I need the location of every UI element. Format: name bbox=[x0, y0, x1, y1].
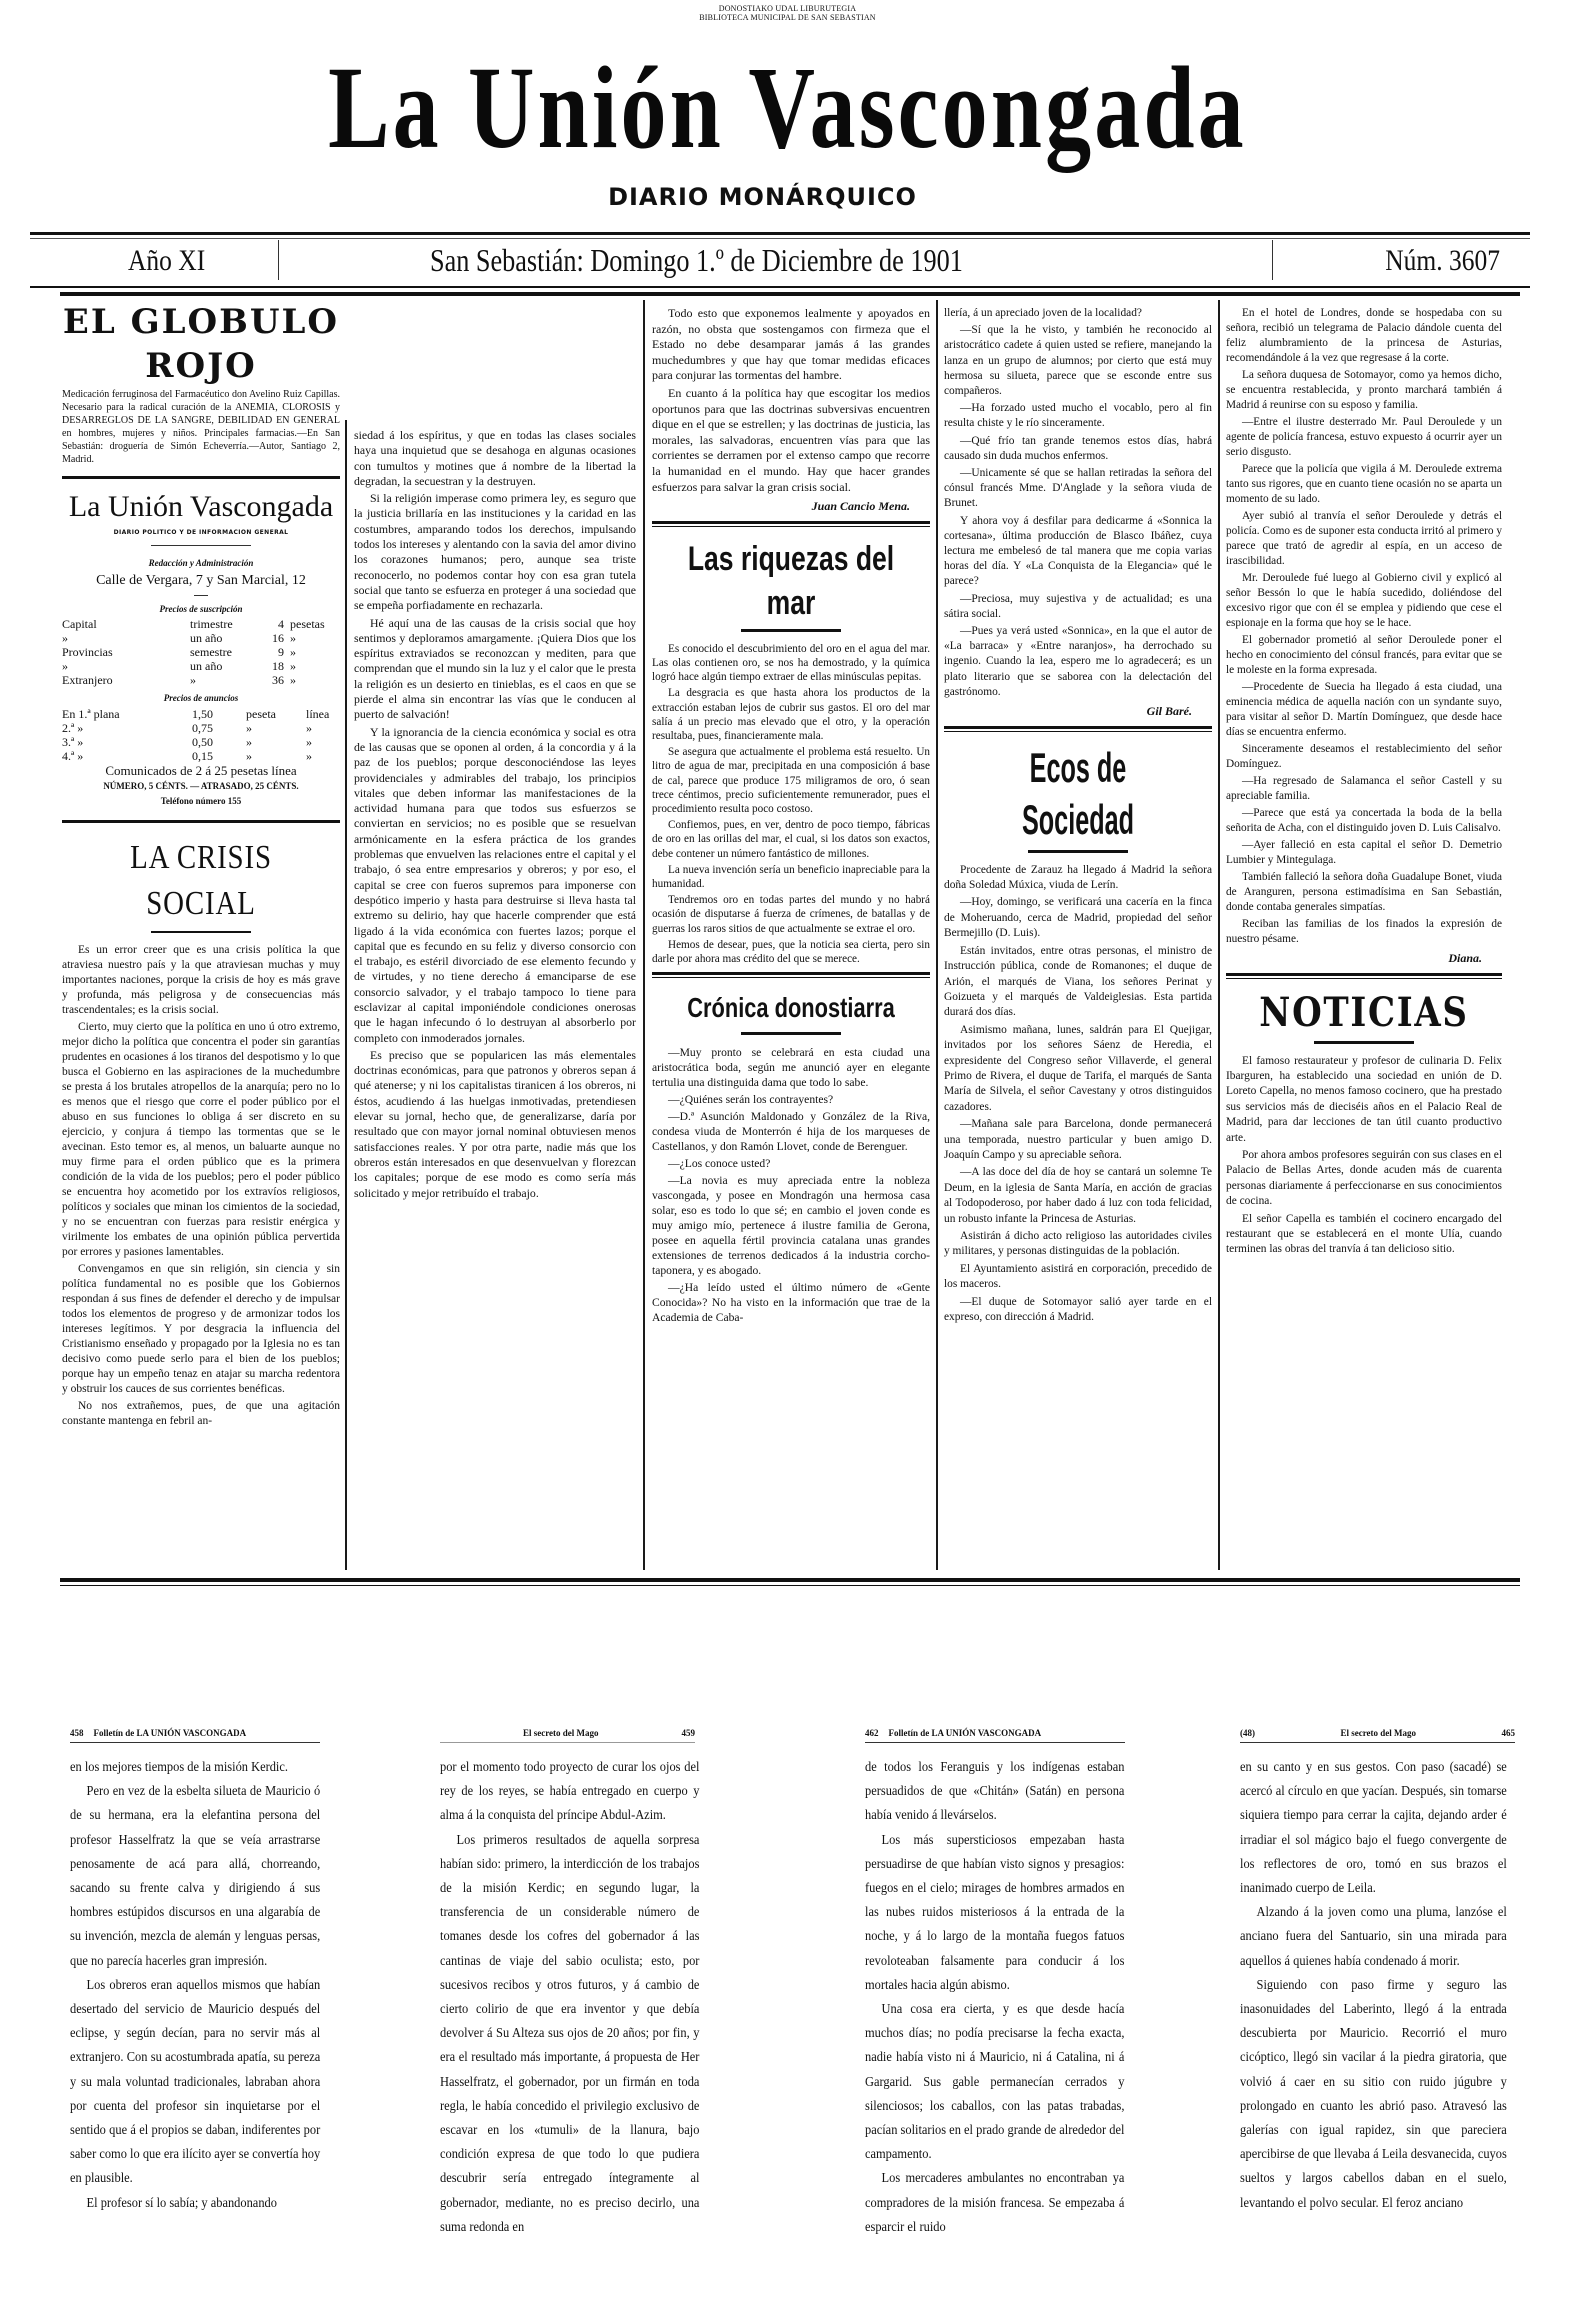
ad-price-row: En 1.ª plana1,50pesetalínea bbox=[62, 707, 340, 721]
paragraph: No nos extrañemos, pues, de que una agit… bbox=[62, 1399, 340, 1429]
cronica-title: Crónica donostiarra bbox=[683, 988, 900, 1028]
ecos-heading: Ecos de Sociedad bbox=[944, 742, 1212, 853]
column-divider bbox=[1218, 300, 1220, 1570]
paragraph: Es preciso que se popularicen las más el… bbox=[354, 1048, 636, 1201]
column-divider bbox=[643, 300, 645, 1570]
folletin-header: (48) El secreto del Mago 465 bbox=[1240, 1728, 1515, 1743]
ad-price-row: 4.ª »0,15»» bbox=[62, 749, 340, 763]
dateline-divider bbox=[278, 240, 279, 280]
author-signature: Diana. bbox=[1226, 951, 1502, 967]
paragraph: El famoso restaurateur y profesor de cul… bbox=[1226, 1054, 1502, 1146]
folletin-column-2: por el momento todo proyecto de curar lo… bbox=[440, 1755, 699, 2239]
title-underline bbox=[1028, 850, 1128, 853]
paragraph: —La novia es muy apreciada entre la nobl… bbox=[652, 1173, 930, 1278]
column-3: Todo esto que exponemos lealmente y apoy… bbox=[652, 306, 930, 1327]
paragraph: Se asegura que actualmente el problema e… bbox=[652, 745, 930, 816]
paragraph: —Pues ya verá usted «Sonnica», en la que… bbox=[944, 624, 1212, 700]
section-rule bbox=[1226, 973, 1502, 979]
paragraph: En el hotel de Londres, donde se hospeda… bbox=[1226, 306, 1502, 366]
globulo-rojo-body: Medicación ferruginosa del Farmacéutico … bbox=[62, 388, 340, 466]
ecos-continuation: En el hotel de Londres, donde se hospeda… bbox=[1226, 306, 1502, 947]
globulo-rojo-title: EL GLOBULO ROJO bbox=[62, 300, 340, 388]
folletin-header-title: El secreto del Mago bbox=[440, 1728, 682, 1738]
folletin-page-number: 458 bbox=[70, 1728, 84, 1738]
paragraph: Es conocido el descubrimiento del oro en… bbox=[652, 642, 930, 685]
author-signature: Gil Baré. bbox=[944, 704, 1212, 720]
subscription-row: Provinciassemestre9» bbox=[62, 645, 340, 659]
paragraph: Cierto, muy cierto que la política en un… bbox=[62, 1020, 340, 1260]
paragraph: Hé aquí una de las causas de la crisis s… bbox=[354, 616, 636, 723]
crisis-social-title: LA CRISIS SOCIAL bbox=[83, 835, 319, 927]
dateline-divider bbox=[1272, 240, 1273, 280]
paragraph: Mr. Deroulede fué luego al Gobierno civi… bbox=[1226, 571, 1502, 631]
subscription-row: Capitaltrimestre4pesetas bbox=[62, 617, 340, 631]
paragraph: —Entre el ilustre desterrado Mr. Paul De… bbox=[1226, 415, 1502, 460]
page-bottom-rule-thin bbox=[60, 1585, 1520, 1586]
paragraph: —¿Ha leído usted el último número de «Ge… bbox=[652, 1280, 930, 1325]
dateline-rule bbox=[30, 286, 1530, 288]
folletin-header: 458 Folletín de LA UNIÓN VASCONGADA bbox=[70, 1728, 320, 1743]
cronica-continuation: llería, á un apreciado joven de la local… bbox=[944, 306, 1212, 700]
section-rule bbox=[652, 521, 930, 527]
subscription-box: La Unión Vascongada DIARIO POLITICO Y DE… bbox=[62, 479, 340, 810]
noticias-heading: NOTICIAS bbox=[1226, 989, 1502, 1044]
paragraph: El señor Capella es también el cocinero … bbox=[1226, 1212, 1502, 1258]
folletin-page-number: 459 bbox=[682, 1728, 696, 1738]
subscription-label: Precios de suscripción bbox=[62, 602, 340, 618]
paragraph: Procedente de Zarauz ha llegado á Madrid… bbox=[944, 863, 1212, 894]
issue-date: San Sebastián: Domingo 1.º de Diciembre … bbox=[430, 242, 963, 279]
paragraph: —Preciosa, muy sujestiva y de actualidad… bbox=[944, 592, 1212, 622]
paragraph: Si la religión imperase como primera ley… bbox=[354, 491, 636, 613]
box-tagline: DIARIO POLITICO Y DE INFORMACION GENERAL bbox=[62, 525, 340, 541]
issue-price: NÚMERO, 5 CÉNTS. — ATRASADO, 25 CÉNTS. bbox=[62, 779, 340, 795]
paragraph: La nueva invención sería un beneficio in… bbox=[652, 863, 930, 891]
office-address: Calle de Vergara, 7 y San Marcial, 12 bbox=[62, 573, 340, 589]
comunicados-price: Comunicados de 2 á 25 pesetas línea bbox=[62, 763, 340, 779]
ads-label: Precios de anuncios bbox=[62, 691, 340, 707]
section-rule bbox=[62, 476, 340, 479]
riquezas-body: Es conocido el descubrimiento del oro en… bbox=[652, 642, 930, 966]
title-underline bbox=[1314, 1041, 1414, 1044]
folletin-column-4: en su canto y en sus gestos. Con paso (s… bbox=[1240, 1755, 1507, 2215]
folletin-page-number: 462 bbox=[865, 1728, 879, 1738]
paragraph: Es un error creer que es una crisis polí… bbox=[62, 943, 340, 1018]
ad-price-row: 2.ª »0,75»» bbox=[62, 721, 340, 735]
masthead-subtitle: DIARIO MONÁRQUICO bbox=[0, 183, 1550, 211]
paragraph: Están invitados, entre otras personas, e… bbox=[944, 944, 1212, 1021]
paragraph: Los más supersticiosos empezaban hasta p… bbox=[865, 1828, 1124, 1997]
paragraph: —Hoy, domingo, se verificará una cacería… bbox=[944, 895, 1212, 941]
paragraph: Asimismo mañana, lunes, saldrán para El … bbox=[944, 1023, 1212, 1115]
paragraph: Y la ignorancia de la ciencia económica … bbox=[354, 725, 636, 1046]
paragraph: El profesor sí lo sabía; y abandonando bbox=[70, 2191, 320, 2215]
subscription-row: Extranjero»36» bbox=[62, 673, 340, 687]
paragraph: —A las doce del día de hoy se cantará un… bbox=[944, 1165, 1212, 1227]
subscription-row: »un año16» bbox=[62, 631, 340, 645]
office-label: Redacción y Administración bbox=[62, 556, 340, 572]
riquezas-title: Las riquezas del mar bbox=[683, 537, 900, 625]
column-5: En el hotel de Londres, donde se hospeda… bbox=[1226, 306, 1502, 1260]
paragraph: siedad á los espíritus, y que en todas l… bbox=[354, 428, 636, 489]
paragraph: Reciban las familias de los finados la e… bbox=[1226, 917, 1502, 947]
telephone: Teléfono número 155 bbox=[62, 794, 340, 810]
paragraph: La señora duquesa de Sotomayor, como ya … bbox=[1226, 368, 1502, 413]
paragraph: Convengamos en que sin religión, sin cie… bbox=[62, 1262, 340, 1397]
column-1: EL GLOBULO ROJO Medicación ferruginosa d… bbox=[62, 300, 340, 1431]
globulo-rojo-ad: EL GLOBULO ROJO Medicación ferruginosa d… bbox=[62, 300, 340, 466]
paragraph: de todos los Feranguis y los indígenas e… bbox=[865, 1755, 1124, 1828]
dateline-rule-thick bbox=[60, 292, 1520, 296]
dateline: Año XI San Sebastián: Domingo 1.º de Dic… bbox=[60, 236, 1520, 286]
ad-price-row: 3.ª »0,50»» bbox=[62, 735, 340, 749]
folletin-header: 462 Folletín de LA UNIÓN VASCONGADA bbox=[865, 1728, 1125, 1743]
issue-year: Año XI bbox=[128, 244, 205, 278]
paragraph: La desgracia es que hasta ahora los prod… bbox=[652, 686, 930, 743]
author-signature: Juan Cancio Mena. bbox=[652, 499, 930, 515]
noticias-body: El famoso restaurateur y profesor de cul… bbox=[1226, 1054, 1502, 1258]
paragraph: Siguiendo con paso firme y seguro las in… bbox=[1240, 1973, 1507, 2215]
paragraph: En cuanto á la política hay que escogita… bbox=[652, 386, 930, 495]
paragraph: en su canto y en sus gestos. Con paso (s… bbox=[1240, 1755, 1507, 1900]
paragraph: Los mercaderes ambulantes no encontraban… bbox=[865, 2166, 1124, 2239]
cronica-body: —Muy pronto se celebrará en esta ciudad … bbox=[652, 1045, 930, 1325]
paragraph: —Unicamente sé que se hallan retiradas l… bbox=[944, 466, 1212, 512]
paragraph: —El duque de Sotomayor salió ayer tarde … bbox=[944, 1295, 1212, 1326]
paragraph: en los mejores tiempos de la misión Kerd… bbox=[70, 1755, 320, 1779]
paragraph: —Qué frío tan grande tenemos estos días,… bbox=[944, 434, 1212, 464]
folletin-page-number: 465 bbox=[1502, 1728, 1516, 1738]
masthead-rule-top bbox=[30, 232, 1530, 235]
paragraph: —Ha regresado de Salamanca el señor Cast… bbox=[1226, 774, 1502, 804]
paragraph: Los obreros eran aquellos mismos que hab… bbox=[70, 1973, 320, 2191]
paragraph: —Ayer falleció en esta capital el señor … bbox=[1226, 838, 1502, 868]
paragraph: Ayer subió al tranvía el señor Deroulede… bbox=[1226, 509, 1502, 569]
riquezas-heading: Las riquezas del mar bbox=[652, 537, 930, 632]
paragraph: —Mañana sale para Barcelona, donde perma… bbox=[944, 1117, 1212, 1163]
masthead-title: La Unión Vascongada bbox=[173, 48, 1402, 168]
archive-stamp-line2: BIBLIOTECA MUNICIPAL DE SAN SEBASTIAN bbox=[0, 13, 1575, 22]
paragraph: Alzando á la joven como una pluma, lanzó… bbox=[1240, 1900, 1507, 1973]
folletin-column-1: en los mejores tiempos de la misión Kerd… bbox=[70, 1755, 320, 2215]
paragraph: —¿Los conoce usted? bbox=[652, 1156, 930, 1171]
paragraph: Y ahora voy á desfilar para dedicarme á … bbox=[944, 514, 1212, 590]
title-underline bbox=[151, 931, 251, 933]
paragraph: —Sí que la he visto, y también he recono… bbox=[944, 323, 1212, 399]
paragraph: También falleció la señora doña Guadalup… bbox=[1226, 870, 1502, 915]
section-rule bbox=[62, 820, 340, 823]
paragraph: Asistirán á dicho acto religioso las aut… bbox=[944, 1229, 1212, 1260]
title-underline bbox=[741, 629, 841, 632]
column-divider bbox=[345, 420, 347, 1570]
folletin-header: El secreto del Mago 459 bbox=[440, 1728, 695, 1743]
cronica-heading: Crónica donostiarra bbox=[652, 988, 930, 1035]
paragraph: El gobernador prometió al señor Derouled… bbox=[1226, 633, 1502, 678]
box-paper-name: La Unión Vascongada bbox=[62, 489, 340, 525]
paragraph: Por ahora ambos profesores seguirán con … bbox=[1226, 1148, 1502, 1210]
issue-number: Núm. 3607 bbox=[1385, 244, 1500, 278]
paragraph: Hemos de desear, pues, que la noticia se… bbox=[652, 938, 930, 966]
section-rule bbox=[944, 726, 1212, 732]
title-underline bbox=[741, 1032, 841, 1035]
archive-stamp-line1: DONOSTIAKO UDAL LIBURUTEGIA bbox=[0, 4, 1575, 13]
crisis-social-heading: LA CRISIS SOCIAL bbox=[62, 835, 340, 933]
folletin-installment: (48) bbox=[1240, 1728, 1255, 1738]
paragraph: Tendremos oro en todas partes del mundo … bbox=[652, 893, 930, 936]
paragraph: —Procedente de Suecia ha llegado á esta … bbox=[1226, 680, 1502, 740]
paragraph: Confiemos, pues, en ver, dentro de poco … bbox=[652, 818, 930, 861]
paragraph: Todo esto que exponemos lealmente y apoy… bbox=[652, 306, 930, 384]
paragraph: Los primeros resultados de aquella sorpr… bbox=[440, 1828, 699, 2239]
paragraph: Parece que la policía que vigila á M. De… bbox=[1226, 462, 1502, 507]
crisis-social-body: Es un error creer que es una crisis polí… bbox=[62, 943, 340, 1429]
page-bottom-rule bbox=[60, 1578, 1520, 1582]
folletin-column-3: de todos los Feranguis y los indígenas e… bbox=[865, 1755, 1124, 2239]
paragraph: Una cosa era cierta, y es que desde hací… bbox=[865, 1997, 1124, 2166]
paragraph: —D.ª Asunción Maldonado y González de la… bbox=[652, 1109, 930, 1154]
folletin-header-title: El secreto del Mago bbox=[1255, 1728, 1502, 1738]
paragraph: llería, á un apreciado joven de la local… bbox=[944, 306, 1212, 321]
paragraph: —Parece que está ya concertada la boda d… bbox=[1226, 806, 1502, 836]
folletin-header-title: Folletín de LA UNIÓN VASCONGADA bbox=[889, 1728, 1126, 1738]
ecos-title: Ecos de Sociedad bbox=[998, 742, 1159, 846]
column-divider bbox=[936, 300, 938, 1570]
paragraph: Pero en vez de la esbelta silueta de Mau… bbox=[70, 1779, 320, 1973]
paragraph: —Muy pronto se celebrará en esta ciudad … bbox=[652, 1045, 930, 1090]
column-4: llería, á un apreciado joven de la local… bbox=[944, 306, 1212, 1327]
paragraph: —¿Quiénes serán los contrayentes? bbox=[652, 1092, 930, 1107]
subscription-row: »un año18» bbox=[62, 659, 340, 673]
ecos-body: Procedente de Zarauz ha llegado á Madrid… bbox=[944, 863, 1212, 1326]
paragraph: —Ha forzado usted mucho el vocablo, pero… bbox=[944, 401, 1212, 431]
noticias-title: NOTICIAS bbox=[1247, 989, 1482, 1037]
folletin-header-title: Folletín de LA UNIÓN VASCONGADA bbox=[94, 1728, 321, 1738]
paragraph: El Ayuntamiento asistirá en corporación,… bbox=[944, 1262, 1212, 1293]
archive-stamp: DONOSTIAKO UDAL LIBURUTEGIA BIBLIOTECA M… bbox=[0, 4, 1575, 22]
section-rule bbox=[652, 972, 930, 978]
column-2: siedad á los espíritus, y que en todas l… bbox=[354, 428, 636, 1203]
paragraph: Sinceramente deseamos el restablecimient… bbox=[1226, 742, 1502, 772]
paragraph: por el momento todo proyecto de curar lo… bbox=[440, 1755, 699, 1828]
